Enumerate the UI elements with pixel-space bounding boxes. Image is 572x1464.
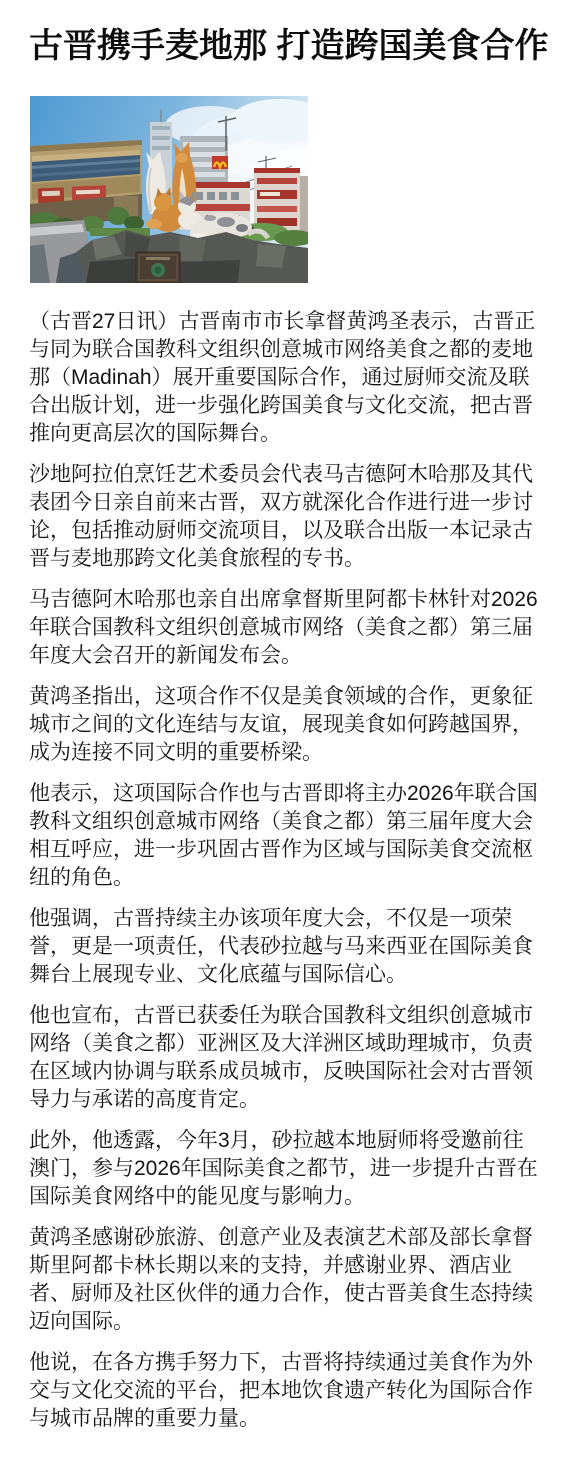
article-paragraph: 他也宣布，古晋已获委任为联合国教科文组织创意城市网络（美食之都）亚洲区及大洋洲区…	[29, 1002, 543, 1114]
article-paragraph: 黄鸿圣指出，这项合作不仅是美食领域的合作，更象征城市之间的文化连结与友谊，展现美…	[29, 683, 543, 767]
article-paragraph: 马吉德阿木哈那也亲自出席拿督斯里阿都卡林针对2026年联合国教科文组织创意城市网…	[29, 586, 543, 670]
news-article: 古晋携手麦地那 打造跨国美食合作	[0, 0, 572, 1433]
article-paragraph: 他强调，古晋持续主办该项年度大会，不仅是一项荣誉，更是一项责任，代表砂拉越与马来…	[29, 905, 543, 989]
kuching-cat-statue-illustration	[30, 96, 308, 283]
article-paragraph: 此外，他透露，今年3月，砂拉越本地厨师将受邀前往澳门，参与2026年国际美食之都…	[29, 1127, 543, 1211]
article-title: 古晋携手麦地那 打造跨国美食合作	[29, 24, 543, 68]
article-paragraph: 他表示，这项国际合作也与古晋即将主办2026年联合国教科文组织创意城市网络（美食…	[29, 780, 543, 892]
article-paragraph: 他说，在各方携手努力下，古晋将持续通过美食作为外交与文化交流的平台，把本地饮食遗…	[29, 1349, 543, 1433]
article-paragraph: （古晋27日讯）古晋南市市长拿督黄鸿圣表示，古晋正与同为联合国教科文组织创意城市…	[29, 308, 543, 448]
article-photo	[30, 96, 308, 283]
article-paragraph: 沙地阿拉伯烹饪艺术委员会代表马吉德阿木哈那及其代表团今日亲自前来古晋，双方就深化…	[29, 461, 543, 573]
article-body: （古晋27日讯）古晋南市市长拿督黄鸿圣表示，古晋正与同为联合国教科文组织创意城市…	[29, 308, 543, 1433]
article-paragraph: 黄鸿圣感谢砂旅游、创意产业及表演艺术部及部长拿督斯里阿都卡林长期以来的支持，并感…	[29, 1224, 543, 1336]
